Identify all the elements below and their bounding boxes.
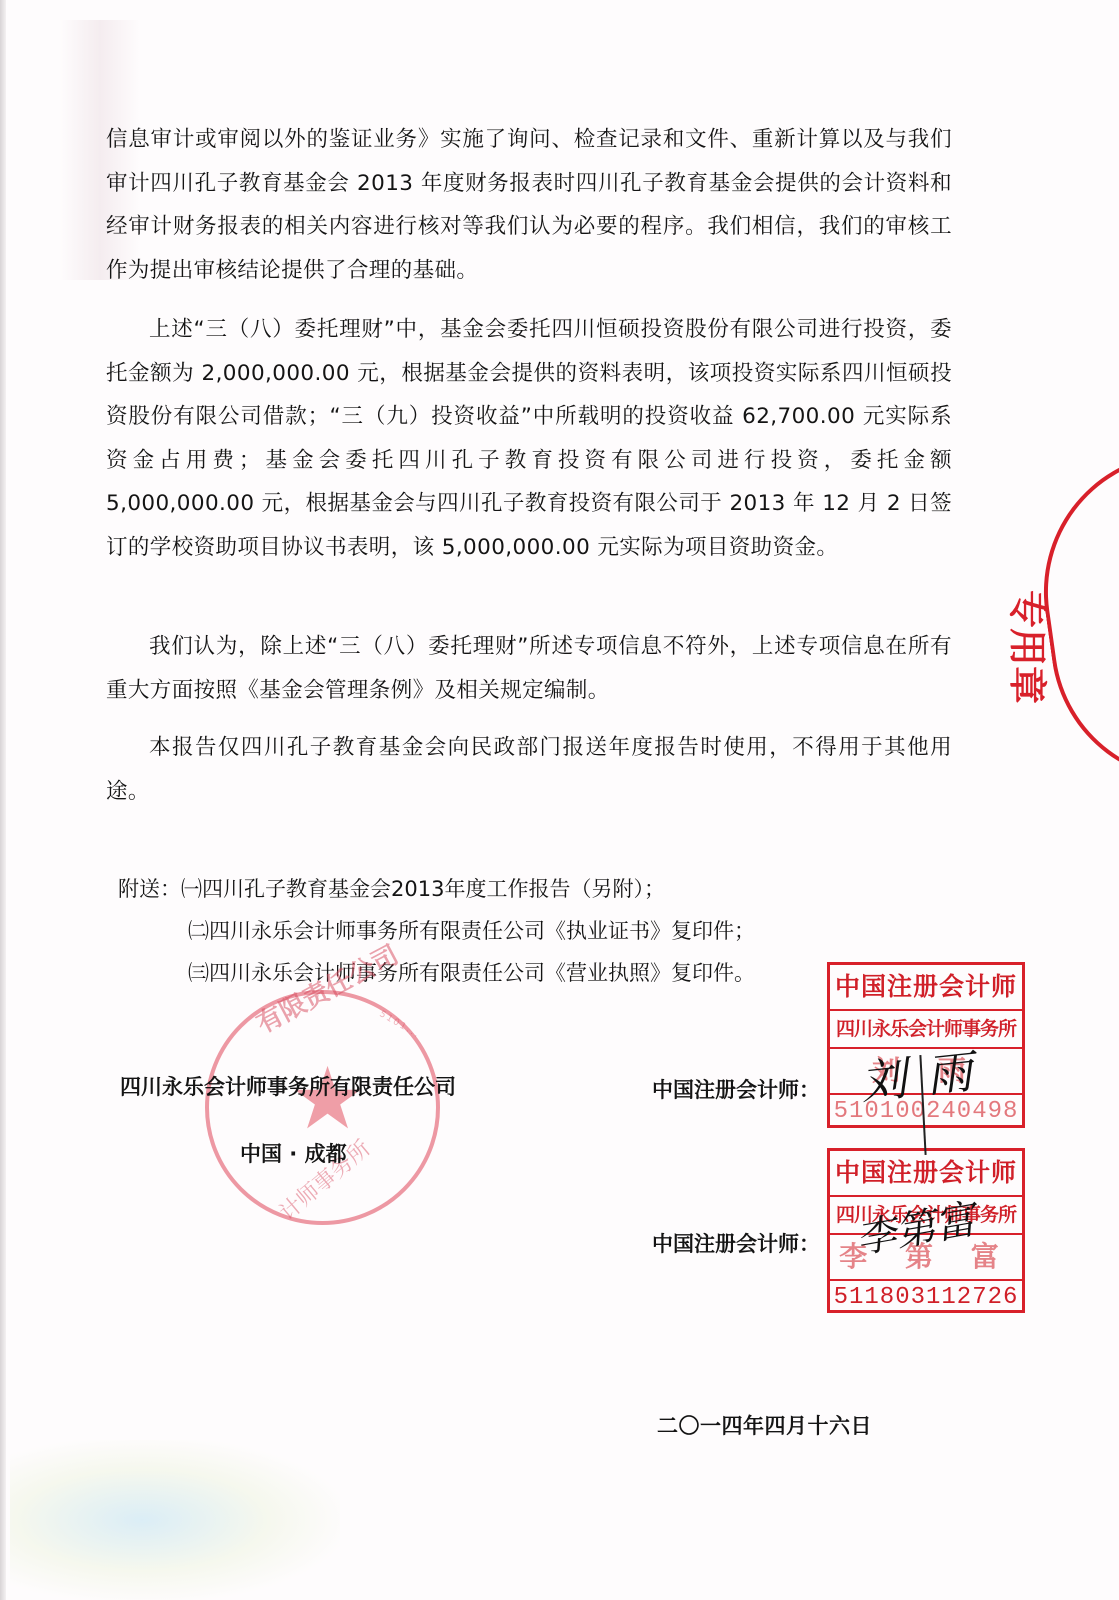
attachments-label: 附送： — [118, 877, 181, 901]
paragraph-usage-restriction: 本报告仅四川孔子教育基金会向民政部门报送年度报告时使用，不得用于其他用途。 — [106, 726, 952, 813]
firm-name: 四川永乐会计师事务所有限责任公司 — [120, 1071, 456, 1101]
edge-seal-text: 专用章 — [1003, 590, 1058, 704]
seal-number: 5101... — [377, 1009, 421, 1040]
attachment-item: ㈢四川永乐会计师事务所有限责任公司《营业执照》复印件。 — [118, 952, 755, 994]
stamp-title: 中国注册会计师 — [830, 1151, 1022, 1197]
paragraph-procedures: 信息审计或审阅以外的鉴证业务》实施了询问、检查记录和文件、重新计算以及与我们审计… — [106, 118, 952, 292]
stamp-firm: 四川永乐会计师事务所 — [830, 1197, 1022, 1235]
stamp-name: 刘 雨 — [830, 1049, 1022, 1095]
stamp-name: 李 第 富 — [830, 1235, 1022, 1281]
cpa-label-2: 中国注册会计师： — [652, 1228, 820, 1258]
paragraph-entrusted-finance: 上述“三（八）委托理财”中，基金会委托四川恒硕投资股份有限公司进行投资，委托金额… — [106, 308, 952, 570]
cpa-stamp-2: 中国注册会计师 四川永乐会计师事务所 李 第 富 511803112726 — [827, 1148, 1025, 1313]
attachments-list: 附送：㈠四川孔子教育基金会2013年度工作报告（另附）； ㈡四川永乐会计师事务所… — [118, 868, 755, 994]
stamp-firm: 四川永乐会计师事务所 — [830, 1011, 1022, 1049]
attachment-item: 附送：㈠四川孔子教育基金会2013年度工作报告（另附）； — [118, 868, 755, 910]
report-date: 二〇一四年四月十六日 — [657, 1410, 872, 1440]
stamp-title: 中国注册会计师 — [830, 965, 1022, 1011]
stamp-number: 510100240498 — [830, 1095, 1022, 1129]
page-edge — [0, 0, 6, 1600]
scan-glare — [10, 1440, 340, 1600]
cpa-label-1: 中国注册会计师： — [652, 1074, 820, 1104]
company-round-seal: 有限责任公司 5101... ★ 计师事务所 — [205, 990, 440, 1225]
attachment-item: ㈡四川永乐会计师事务所有限责任公司《执业证书》复印件； — [118, 910, 755, 952]
firm-city: 中国 · 成都 — [240, 1138, 347, 1168]
cpa-stamp-1: 中国注册会计师 四川永乐会计师事务所 刘 雨 510100240498 — [827, 962, 1025, 1128]
paragraph-opinion: 我们认为，除上述“三（八）委托理财”所述专项信息不符外，上述专项信息在所有重大方… — [106, 625, 952, 712]
stamp-number: 511803112726 — [830, 1281, 1022, 1315]
